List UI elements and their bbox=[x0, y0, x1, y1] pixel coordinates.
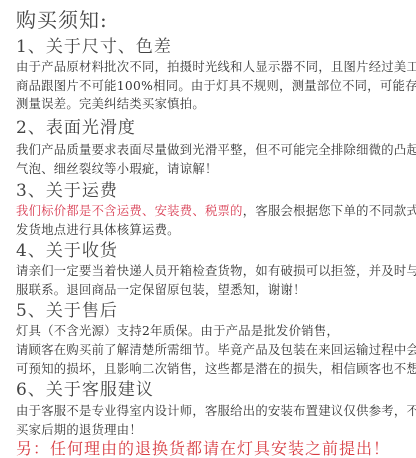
page-title: 购买须知: bbox=[16, 4, 108, 33]
section-text: 气泡、细丝裂纹等小瑕疵，请谅解！ bbox=[16, 159, 218, 177]
section-text: 请顾客在购买前了解清楚所需细节。毕竟产品及包装在来回运输过程中会存在不 bbox=[16, 340, 416, 358]
section-text-rest: ，客服会根据您下单的不同款式、数量、 bbox=[243, 204, 416, 218]
section-text: 由于客服不是专业得室内设计师，客服给出的安装布置建议仅供参考，不能作为 bbox=[16, 401, 416, 419]
shipping-fee-highlight: 我们标价都是不含运费、安装费、税票的 bbox=[16, 204, 243, 218]
section-text: 请亲们一定要当着快递人员开箱检查货物，如有破损可以拒签，并及时与本店客 bbox=[16, 261, 416, 279]
section-heading-after-sales: 5、关于售后 bbox=[16, 296, 118, 321]
section-heading-receiving: 4、关于收货 bbox=[16, 236, 118, 261]
section-heading-shipping: 3、关于运费 bbox=[16, 176, 118, 201]
return-policy-notice: 另：任何理由的退换货都请在灯具安装之前提出！ bbox=[16, 436, 390, 458]
section-text: 商品跟图片不可能100%相同。由于灯具不规则，测量部位不同，可能存在2cm左右 bbox=[16, 76, 416, 94]
section-heading-smoothness: 2、表面光滑度 bbox=[16, 113, 136, 138]
section-text: 我们产品质量要求表面尽量做到光滑平整，但不可能完全排除细微的凸起、玻璃 bbox=[16, 140, 416, 158]
section-text: 我们标价都是不含运费、安装费、税票的，客服会根据您下单的不同款式、数量、 bbox=[16, 201, 416, 219]
section-text: 灯具（不含光源）支持2年质保。由于产品是批发价销售， bbox=[16, 321, 339, 339]
section-text: 测量误差。完美纠结类买家慎拍。 bbox=[16, 94, 205, 112]
section-text: 由于产品原材料批次不同，拍摄时光线和人显示器不同，且图片经过美工处理， bbox=[16, 57, 416, 75]
section-heading-size-color: 1、关于尺寸、色差 bbox=[16, 32, 172, 57]
section-heading-service-advice: 6、关于客服建议 bbox=[16, 375, 154, 400]
